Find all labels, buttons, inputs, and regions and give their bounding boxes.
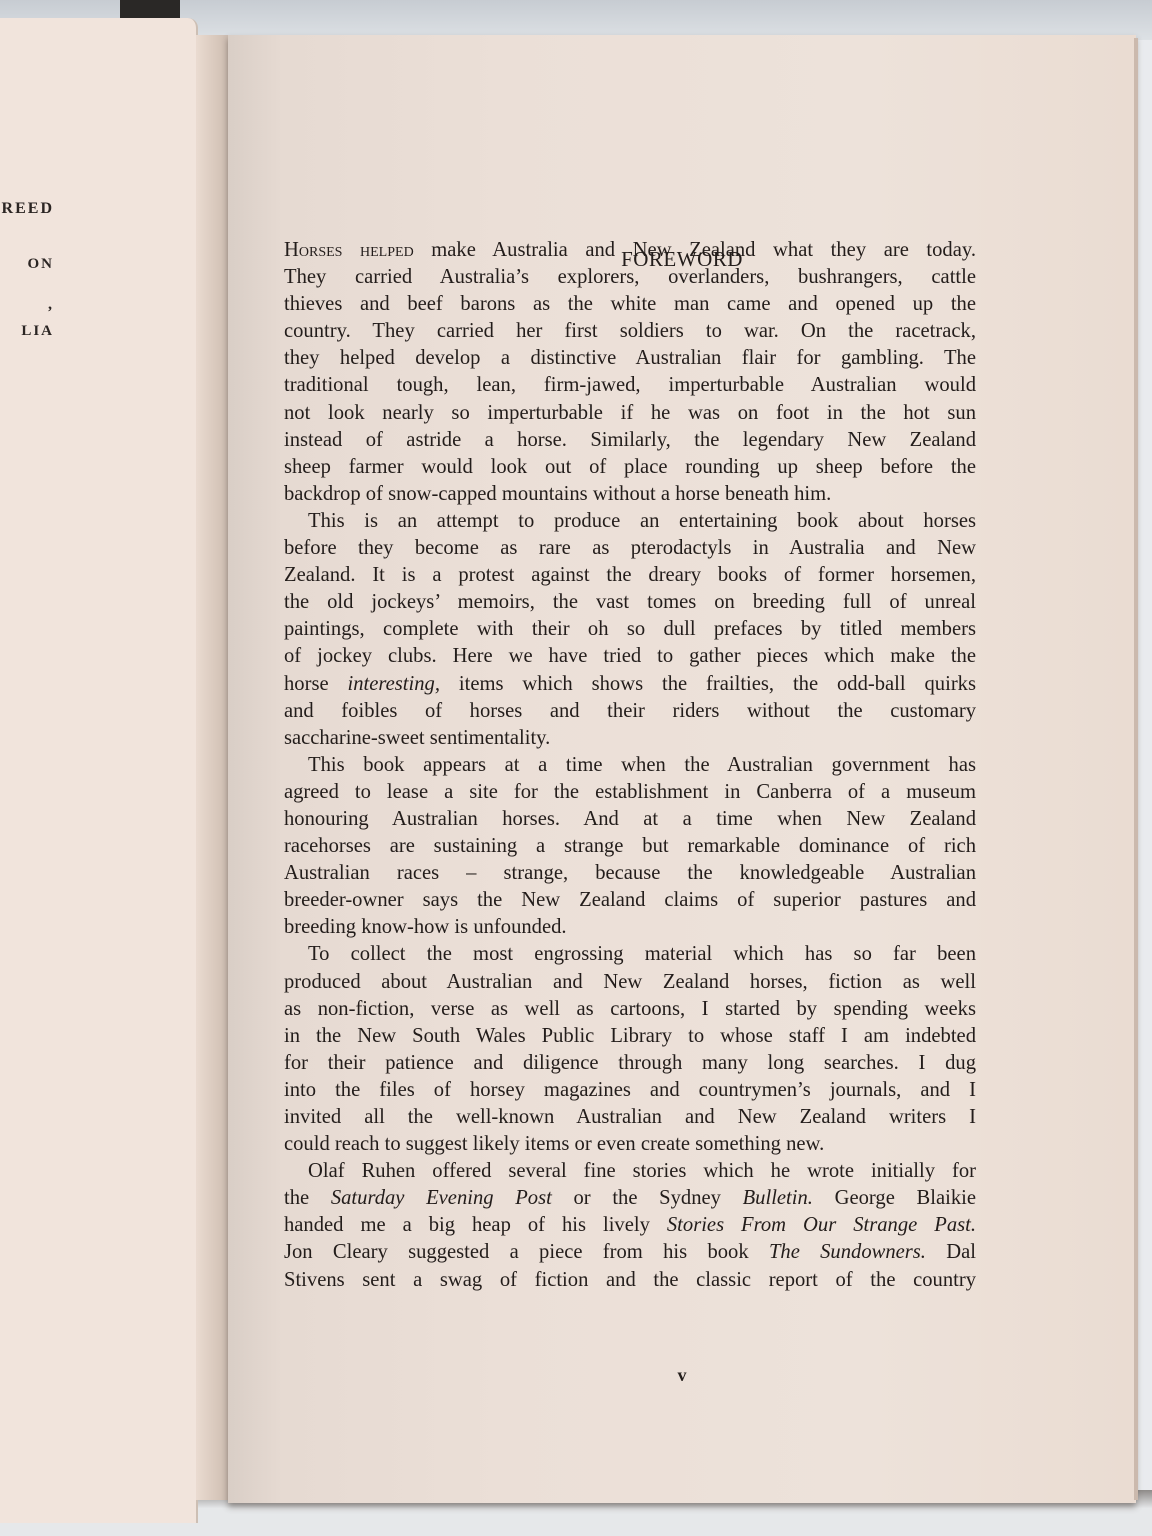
text-line: not look nearly so imperturbable if he w…	[284, 400, 976, 427]
paragraph: This book appears at a time when the Aus…	[284, 752, 976, 942]
left-page-text-fragment: LIA	[21, 323, 54, 340]
italic-title: The Sundowners.	[769, 1241, 926, 1263]
text-line: racehorses are sustaining a strange but …	[284, 833, 976, 860]
italic-title: Saturday Evening Post	[331, 1187, 552, 1209]
italic-title: Stories From Our Strange Past.	[667, 1214, 976, 1236]
background-object	[120, 0, 180, 20]
text-line: honouring Australian horses. And at a ti…	[284, 806, 976, 833]
text-line: Jon Cleary suggested a piece from his bo…	[284, 1239, 976, 1266]
text-line: breeder-owner says the New Zealand claim…	[284, 887, 976, 914]
lead-smallcaps: Horses helped	[284, 239, 414, 261]
left-page-text-fragment: ON	[28, 256, 55, 273]
text-line: paintings, complete with their oh so dul…	[284, 616, 976, 643]
page-edge	[1134, 38, 1138, 1500]
text-line: To collect the most engrossing material …	[284, 941, 976, 968]
text-line: into the files of horsey magazines and c…	[284, 1077, 976, 1104]
foreword-body: Horses helped make Australia and New Zea…	[284, 237, 976, 1294]
page-number: v	[228, 1365, 1136, 1386]
text-line: thieves and beef barons as the white man…	[284, 291, 976, 318]
text-line: Australian races – strange, because the …	[284, 860, 976, 887]
text-line: backdrop of snow-capped mountains withou…	[284, 481, 976, 508]
text-line: instead of astride a horse. Similarly, t…	[284, 427, 976, 454]
text-line: as non-fiction, verse as well as cartoon…	[284, 996, 976, 1023]
text-line: traditional tough, lean, firm-jawed, imp…	[284, 372, 976, 399]
paragraph: To collect the most engrossing material …	[284, 941, 976, 1158]
paragraph: Horses helped make Australia and New Zea…	[284, 237, 976, 508]
text-line: Horses helped make Australia and New Zea…	[284, 237, 976, 264]
paragraph: Olaf Ruhen offered several fine stories …	[284, 1158, 976, 1293]
text-line: breeding know-how is unfounded.	[284, 914, 976, 941]
text-line: produced about Australian and New Zealan…	[284, 969, 976, 996]
text-line: and foibles of horses and their riders w…	[284, 698, 976, 725]
text-line: could reach to suggest likely items or e…	[284, 1131, 976, 1158]
text-line: in the New South Wales Public Library to…	[284, 1023, 976, 1050]
text-line: agreed to lease a site for the establish…	[284, 779, 976, 806]
text-line: Stivens sent a swag of fiction and the c…	[284, 1267, 976, 1294]
text-line: before they become as rare as pterodacty…	[284, 535, 976, 562]
text-line: horse interesting, items which shows the…	[284, 671, 976, 698]
italic-title: Bulletin.	[743, 1187, 813, 1209]
right-page: FOREWORD Horses helped make Australia an…	[228, 35, 1136, 1503]
text-line: the Saturday Evening Post or the Sydney …	[284, 1185, 976, 1212]
left-page-text-fragment: REED	[2, 200, 54, 218]
left-page: REED ON , LIA	[0, 18, 198, 1523]
text-line: This book appears at a time when the Aus…	[284, 752, 976, 779]
text-line: for their patience and diligence through…	[284, 1050, 976, 1077]
text-line: handed me a big heap of his lively Stori…	[284, 1212, 976, 1239]
text-line: country. They carried her first soldiers…	[284, 318, 976, 345]
text-line: invited all the well-known Australian an…	[284, 1104, 976, 1131]
text-line: They carried Australia’s explorers, over…	[284, 264, 976, 291]
book-gutter	[196, 35, 230, 1500]
paragraph: This is an attempt to produce an enterta…	[284, 508, 976, 752]
text-line: Olaf Ruhen offered several fine stories …	[284, 1158, 976, 1185]
text-line: of jockey clubs. Here we have tried to g…	[284, 643, 976, 670]
text-line: they helped develop a distinctive Austra…	[284, 345, 976, 372]
italic-text: interesting,	[348, 673, 440, 695]
text-line: the old jockeys’ memoirs, the vast tomes…	[284, 589, 976, 616]
text-line: Zealand. It is a protest against the dre…	[284, 562, 976, 589]
text-line: saccharine-sweet sentimentality.	[284, 725, 976, 752]
left-page-text-fragment: ,	[48, 296, 54, 314]
text-line: sheep farmer would look out of place rou…	[284, 454, 976, 481]
text-line: This is an attempt to produce an enterta…	[284, 508, 976, 535]
